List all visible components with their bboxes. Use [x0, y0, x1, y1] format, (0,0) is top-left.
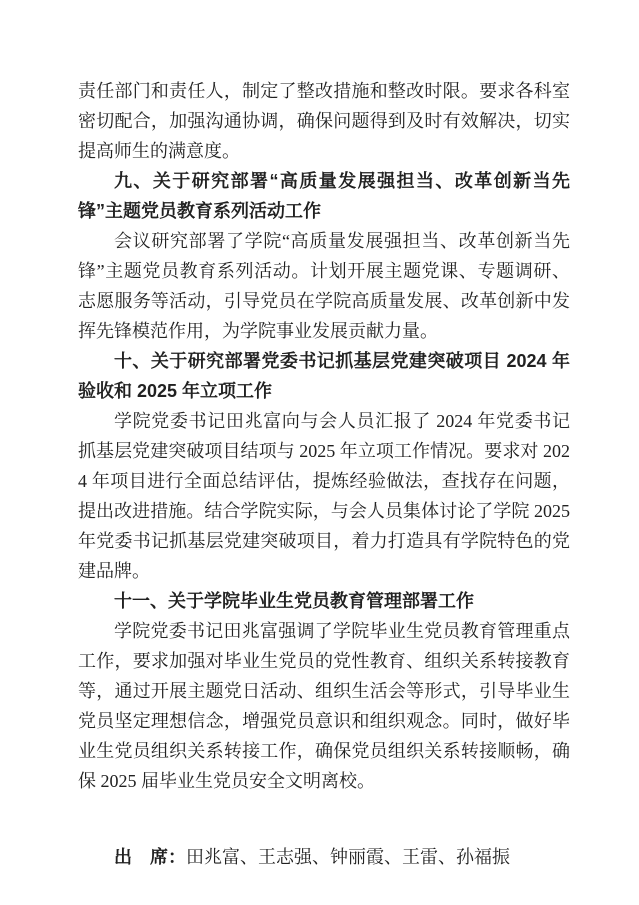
attendance-label: 出 席： [114, 847, 186, 867]
section-body-10: 学院党委书记田兆富向与会人员汇报了 2024 年党委书记抓基层党建突破项目结项与… [78, 406, 570, 586]
section-heading-9: 九、关于研究部署“高质量发展强担当、改革创新当先锋”主题党员教育系列活动工作 [78, 166, 570, 226]
paragraph-intro-continuation: 责任部门和责任人，制定了整改措施和整改时限。要求各科室密切配合，加强沟通协调，确… [78, 76, 570, 166]
attendance-names: 田兆富、王志强、钟丽霞、王雷、孙福振 [186, 847, 510, 867]
attendance-line: 出 席：田兆富、王志强、钟丽霞、王雷、孙福振 [78, 842, 570, 872]
document-content: 责任部门和责任人，制定了整改措施和整改时限。要求各科室密切配合，加强沟通协调，确… [0, 0, 639, 872]
section-heading-10: 十、关于研究部署党委书记抓基层党建突破项目 2024 年验收和 2025 年立项… [78, 346, 570, 406]
document-page: 责任部门和责任人，制定了整改措施和整改时限。要求各科室密切配合，加强沟通协调，确… [0, 0, 639, 905]
section-body-9: 会议研究部署了学院“高质量发展强担当、改革创新当先锋”主题党员教育系列活动。计划… [78, 226, 570, 346]
section-heading-11: 十一、关于学院毕业生党员教育管理部署工作 [78, 586, 570, 616]
section-body-11: 学院党委书记田兆富强调了学院毕业生党员教育管理重点工作，要求加强对毕业生党员的党… [78, 616, 570, 796]
